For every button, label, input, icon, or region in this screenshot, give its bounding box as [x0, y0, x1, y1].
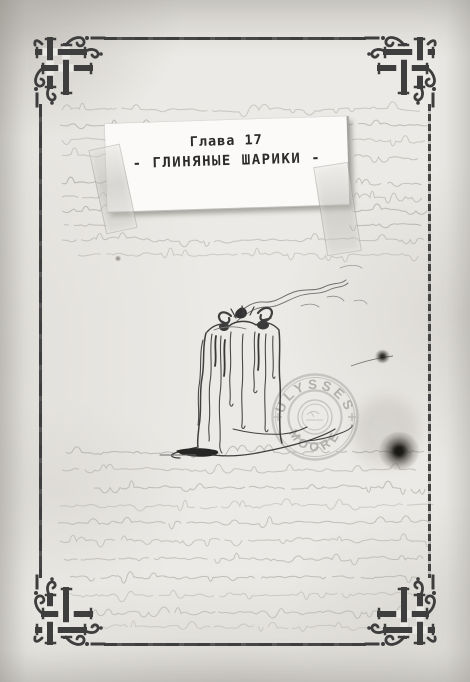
handwriting-line	[78, 248, 418, 262]
frame-line-right	[428, 104, 431, 578]
wick-and-flame-remnant	[219, 306, 272, 331]
handwriting-line	[68, 606, 414, 619]
chapter-number: Глава 17	[105, 129, 347, 153]
handwriting-line	[352, 204, 427, 214]
ink-blot-large	[379, 432, 419, 470]
stamp-center-emblem	[306, 411, 323, 420]
handwriting-line	[60, 534, 431, 547]
handwriting-line	[64, 553, 423, 565]
celtic-knot-icon	[30, 32, 106, 108]
book-page: ULYSSES MOORE	[0, 0, 470, 682]
tape-strip-right	[313, 162, 362, 256]
handwriting-line	[354, 191, 422, 203]
handwriting-line	[64, 224, 107, 226]
handwriting-line	[350, 224, 421, 231]
corner-knot-ornament-top-right	[364, 32, 440, 108]
chapter-title: - ГЛИНЯНЫЕ ШАРИКИ -	[106, 149, 348, 173]
frame-line-left	[39, 104, 42, 578]
corner-knot-ornament-top-left	[30, 32, 106, 108]
handwriting-line	[58, 516, 429, 529]
frame-line-top	[104, 37, 366, 40]
ink-speck	[115, 256, 121, 261]
chapter-card: Глава 17 - ГЛИНЯНЫЕ ШАРИКИ -	[105, 116, 352, 213]
handwriting-line	[94, 481, 425, 495]
ink-blot-small	[375, 350, 390, 363]
corner-knot-ornament-bottom-right	[364, 574, 440, 650]
candle-body	[198, 321, 282, 447]
wax-drips	[198, 332, 275, 453]
handwriting-line	[352, 136, 425, 146]
stamp-side-stars	[274, 413, 356, 421]
candle-base	[160, 425, 352, 458]
smoke-lines	[234, 265, 367, 321]
stamp-rings	[273, 375, 358, 460]
stamp-arc-top-text: ULYSSES	[272, 377, 358, 415]
celtic-knot-icon	[364, 32, 440, 108]
celtic-knot-icon	[364, 574, 440, 650]
handwriting-line	[354, 155, 418, 163]
candle-illustration	[150, 255, 380, 470]
handwriting-line	[62, 233, 424, 247]
handwriting-line	[76, 621, 408, 633]
corner-knot-ornament-bottom-left	[30, 574, 106, 650]
frame-line-bottom	[104, 643, 366, 646]
handwriting-line	[356, 178, 425, 186]
celtic-knot-icon	[30, 574, 106, 650]
stamp-arc-bottom-text: MOORE	[286, 427, 344, 454]
handwriting-line	[60, 499, 440, 511]
ulysses-moore-stamp: ULYSSES MOORE	[267, 369, 363, 465]
